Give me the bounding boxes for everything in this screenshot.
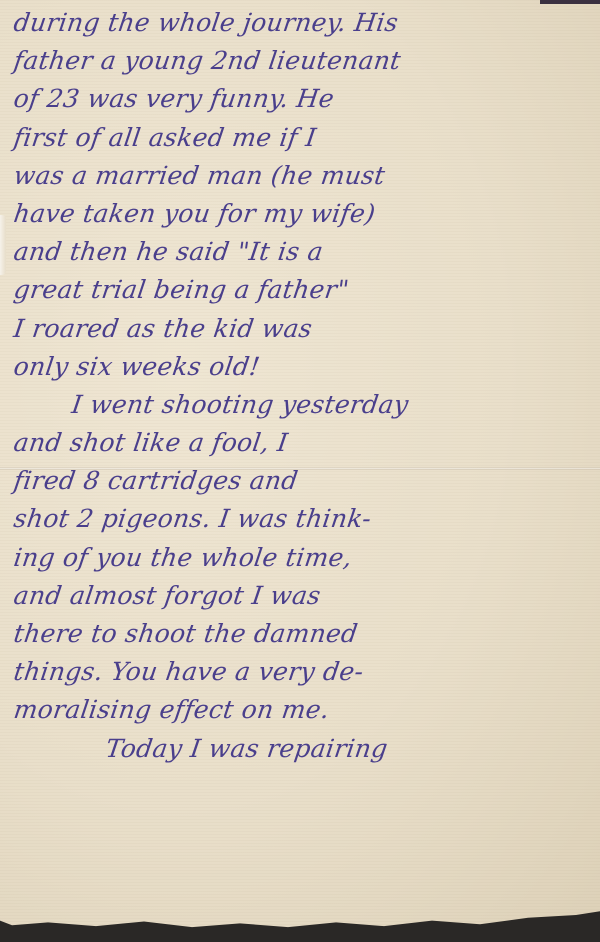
text-line: things. You have a very de- [11,653,600,690]
text-line: only six weeks old! [11,348,600,385]
text-line: was a married man (he must [11,157,600,194]
text-line: of 23 was very funny. He [11,80,600,117]
letter-page: during the whole journey. His father a y… [0,0,600,928]
text-line: first of all asked me if I [11,119,600,156]
text-line: father a young 2nd lieutenant [11,42,600,79]
paragraph-start-line: Today I was repairing [11,730,600,767]
text-line: fired 8 cartridges and [11,462,600,499]
text-line: shot 2 pigeons. I was think- [11,500,600,537]
text-line: and shot like a fool, I [11,424,600,461]
text-line: moralising effect on me. [11,691,600,728]
text-line: I roared as the kid was [11,310,600,347]
text-line: and almost forgot I was [11,577,600,614]
text-line: and then he said "It is a [11,233,600,270]
torn-edge [0,215,6,275]
text-line: have taken you for my wife) [11,195,600,232]
text-line: great trial being a father" [11,271,600,308]
text-line: ing of you the whole time, [11,539,600,576]
handwritten-text: during the whole journey. His father a y… [14,4,600,768]
paragraph-start-line: I went shooting yesterday [11,386,600,423]
text-line: there to shoot the damned [11,615,600,652]
text-line: during the whole journey. His [11,4,600,41]
